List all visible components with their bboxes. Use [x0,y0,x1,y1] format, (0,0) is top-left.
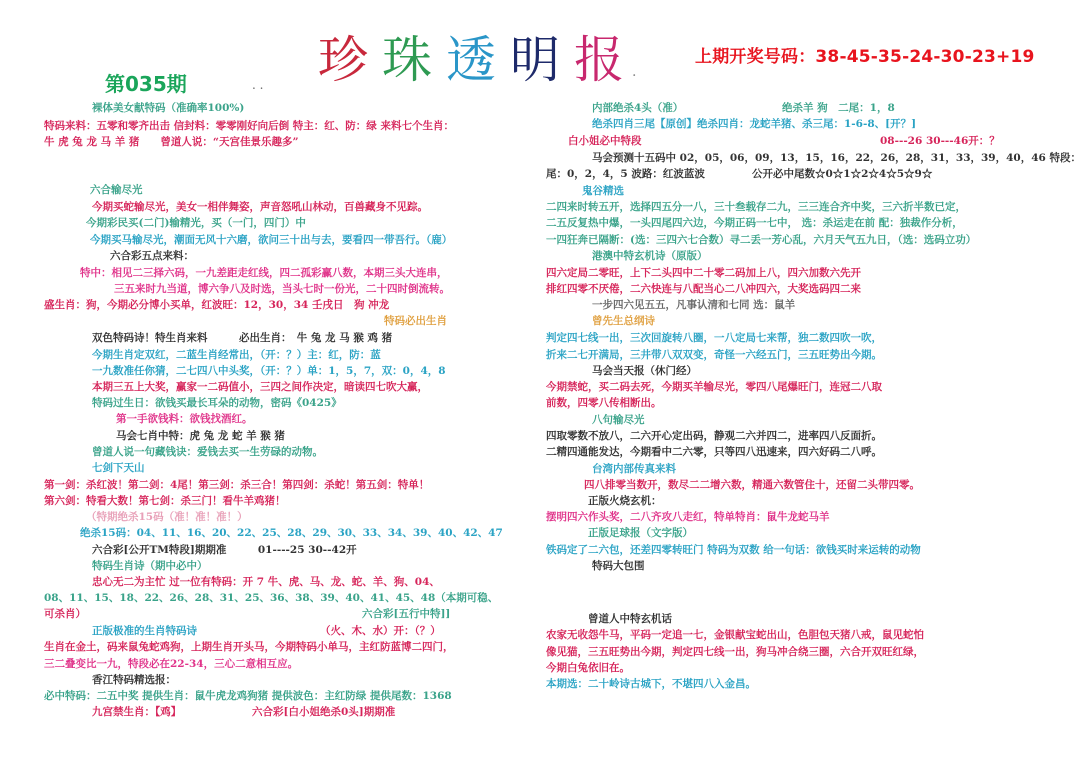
left-line: 牛 虎 兔 龙 马 羊 猪 曾道人说：“天宫佳景乐趣多” [44,135,299,149]
right-line: 曾先生总纲诗 [592,314,655,328]
right-line: 四八排零当数开，数尽二二增六数，精通六数管住十，还留二头带四零。 [584,478,920,492]
title-dot: . [632,64,636,80]
left-line: 今期彩民买(二门)输精光，买（一门，四门）中 [86,216,306,230]
right-line: 本期选：二十岭诗古城下，不堪四八入金昌。 [546,677,756,691]
left-line: 九宫禁生肖：【鸡】 [92,705,181,719]
left-line: （特期绝杀15码（准！准！准！） [86,510,248,524]
left-line: 正版极准的生肖特码诗 [92,624,197,638]
left-line: 香江特码精选报： [92,673,176,687]
title-banner: 珍 珠 透 明 报 . [318,28,636,88]
right-line: 08---26 30---46开：？ [880,134,1000,148]
left-line: 双色特码诗！特生肖来料 必出生肖： 牛 兔 龙 马 猴 鸡 猪 [92,331,392,345]
right-line: 铁码定了二六包，还差四零转旺门 特码为双数 给一句话：欲钱买时来运转的动物 [546,543,921,557]
left-line: 第六剑：特看大数！第七剑：杀三门！看牛羊鸡猪！ [44,494,286,508]
left-line: 一九数准任你猜，二七四八中头奖，（开：？）单：1，5，7，双：0，4，8 [92,364,446,378]
last-draw-numbers: 上期开奖号码：38-45-35-24-30-23+19 [695,42,1035,67]
left-line: 三五来时九当道，博六争八及时选，当头七时一份光，二十四时倒流转。 [114,282,450,296]
right-line: 折来二七开满局，三井带八双双变，奇怪一六经五门，三五旺势出今期。 [546,348,882,362]
right-line: 前数，四零八传相断出。 [546,396,662,410]
left-line: 特中：相见二三择六码，一九差距走红线，四二孤彩赢八数，本期三头大连串， [80,266,448,280]
left-line: 今期买蛇输尽光，美女一相伴舞姿，声音怒吼山林动，百兽藏身不见踪。 [92,200,428,214]
right-line: 一步四六见五五，凡事认清和七同 选：鼠羊 [592,298,795,312]
right-line: 今期禁蛇，买二码去死，今期买羊输尽光，零四八尾爆旺门，连冠二八取 [546,380,882,394]
left-line: 必中特码：二五中奖 提供生肖：鼠牛虎龙鸡狗猪 提供波色：主红防绿 提供尾数：13… [44,689,452,703]
title-char-5: 报 [574,32,624,88]
right-line: 判定四七线一出，三次回旋转八圈，一八定局七来帮，独二数四吹一吹， [546,331,882,345]
decorative-dots: . . [252,78,263,92]
right-line: 像见猫，三五旺势出今期，判定四七线一出，狗马冲合绕三圈，六合开双旺红绿， [546,645,924,659]
right-line: 排红四零不厌倦，二六快连与八配当心二八冲四六，大奖选码四二来 [546,282,861,296]
left-line: 特码过生日：欲钱买最长耳朵的动物，密码《0425》 [92,396,342,410]
right-line: 内部绝杀4头（准） [592,101,683,115]
left-line: 六合彩五点来料： [110,249,194,263]
left-line: 08、11、15、18、22、26、28、31、25、36、38、39、40、4… [44,591,498,605]
left-line: 绝杀15码：04、11、16、20、22、25、28、29、30、33、34、3… [80,526,503,540]
issue-number: 第035期 [105,68,187,97]
title-char-3: 透 [446,32,496,88]
left-line: 六合输尽光 [90,183,143,197]
left-line: 本期三五上大奖，赢家一二码值小，三四之间作决定，暗读四七吹大赢， [92,380,428,394]
right-line: 摆明四六作头奖，二八齐攻八走红，特单特肖：鼠牛龙蛇马羊 [546,510,830,524]
right-line: 四六定局二零旺，上下二头四中二十零二码加上八，四六加数六先开 [546,266,861,280]
left-line: 特码必出生肖 [384,314,447,328]
left-line: （火、木、水）开：（？） [320,624,441,638]
right-line: 特码大包围 [592,559,645,573]
left-line: 第一剑：杀红波！第二剑：4尾！第三剑：杀三合！第四剑：杀蛇！第五剑：特单！ [44,478,429,492]
left-line: 三二叠变比一九，特段必在22-34，三心二意相互应。 [44,657,298,671]
left-line: 裸体美女献特码（准确率100%) [92,101,244,115]
right-line: 二精四通能发达，今期看中二六零，只等四八迅速来，四六好码二八呼。 [546,445,882,459]
right-line: 今期白兔依旧在。 [546,661,630,675]
right-line: 曾道人中特玄机话 [588,612,672,626]
right-line: 二五反复热中爆，一头四尾四六边，今期正码一七中， 选：杀运走在前 配：独裁作分析… [546,216,963,230]
right-line: 绝杀四肖三尾【原创】绝杀四肖：龙蛇羊猪、杀三尾：1-6-8、[开？] [592,117,916,131]
right-line: 四取零数不放八，二六开心定出码，静观二六并四二，进率四八反面折。 [546,429,882,443]
right-line: 马会预测十五码中 02，05，06，09，13，15，16，22，26，28，3… [592,151,1080,165]
right-line: 港澳中特玄机诗（原版） [592,249,708,263]
right-line: 二四来时转五开，选择四五分一八，三十叁载存二九，三三连合齐中奖，三六折半数已定， [546,200,966,214]
right-line: 正版火烧玄机： [588,494,662,508]
right-line: 鬼谷精选 [582,184,624,198]
left-line: 忠心无二为主忙 过一位有特码：开 7 牛、虎、马、龙、蛇、羊、狗、04、 [92,575,440,589]
left-line: 马会七肖中特：虎 兔 龙 蛇 羊 猴 猪 [116,429,285,443]
left-line: 六合彩[公开TM特段]期期准 01----25 30--42开 [92,543,357,557]
title-char-4: 明 [510,32,560,88]
right-line: 台湾内部传真来料 [592,462,676,476]
left-line: 特码来料：五零和零齐出击 信封料：零零刚好向后倒 特主：红、防：绿 来料七个生肖… [44,119,454,133]
right-line: 绝杀羊 狗 二尾：1，8 [782,101,895,115]
left-line: 六合彩[白小姐绝杀0头]期期准 [252,705,395,719]
right-line: 白小姐必中特段 [568,134,642,148]
left-line: 生肖在金土，码来鼠兔蛇鸡狗，上期生肖开头马，今期特码小单马，主红防蓝博二四门， [44,640,454,654]
left-line: 曾道人说一句藏钱诀：爱钱去买一生劳碌的动物。 [92,445,323,459]
right-line: 八句输尽光 [592,413,645,427]
right-line: 马会当天报（休门经） [592,364,697,378]
left-line: 六合彩[五行中特]] [362,607,450,621]
left-line: 今期买马输尽光，潮面无风十六磨，欲问三十出与去，要看四一带吾行。（鹿） [90,233,452,247]
right-line: 农家无收怨牛马，平码一定追一七，金银献宝蛇出山，色胆包天猪八戒，鼠见蛇怕 [546,628,924,642]
left-line: 七剑下天山 [92,461,145,475]
left-line: 第一手欲钱料：欲钱找酒红。 [116,412,253,426]
left-line: 特码生肖诗（期中必中） [92,559,208,573]
title-char-2: 珠 [382,32,432,88]
left-line: 盛生肖：狗，今期必分博小买单，红波旺：12，30，34 壬戌日 狗 冲龙 [44,298,389,312]
right-line: 公开必中尾数☆0☆1☆2☆4☆5☆9☆ [752,167,932,181]
right-line: 正版足球报（文字版） [588,526,693,540]
left-line: 可杀肖） [44,607,86,621]
left-line: 今期生肖定双红，二蓝生肖经常出，（开：？）主：红，防：蓝 [92,348,381,362]
title-char-1: 珍 [318,32,368,88]
right-line: 尾：0，2，4，5 波路：红波蓝波 [546,167,705,181]
right-line: 一四狂奔已隔断：(选：三四六七合数）寻二丢一芳心乱，六月天气五九日，（选：选码立… [546,233,976,247]
